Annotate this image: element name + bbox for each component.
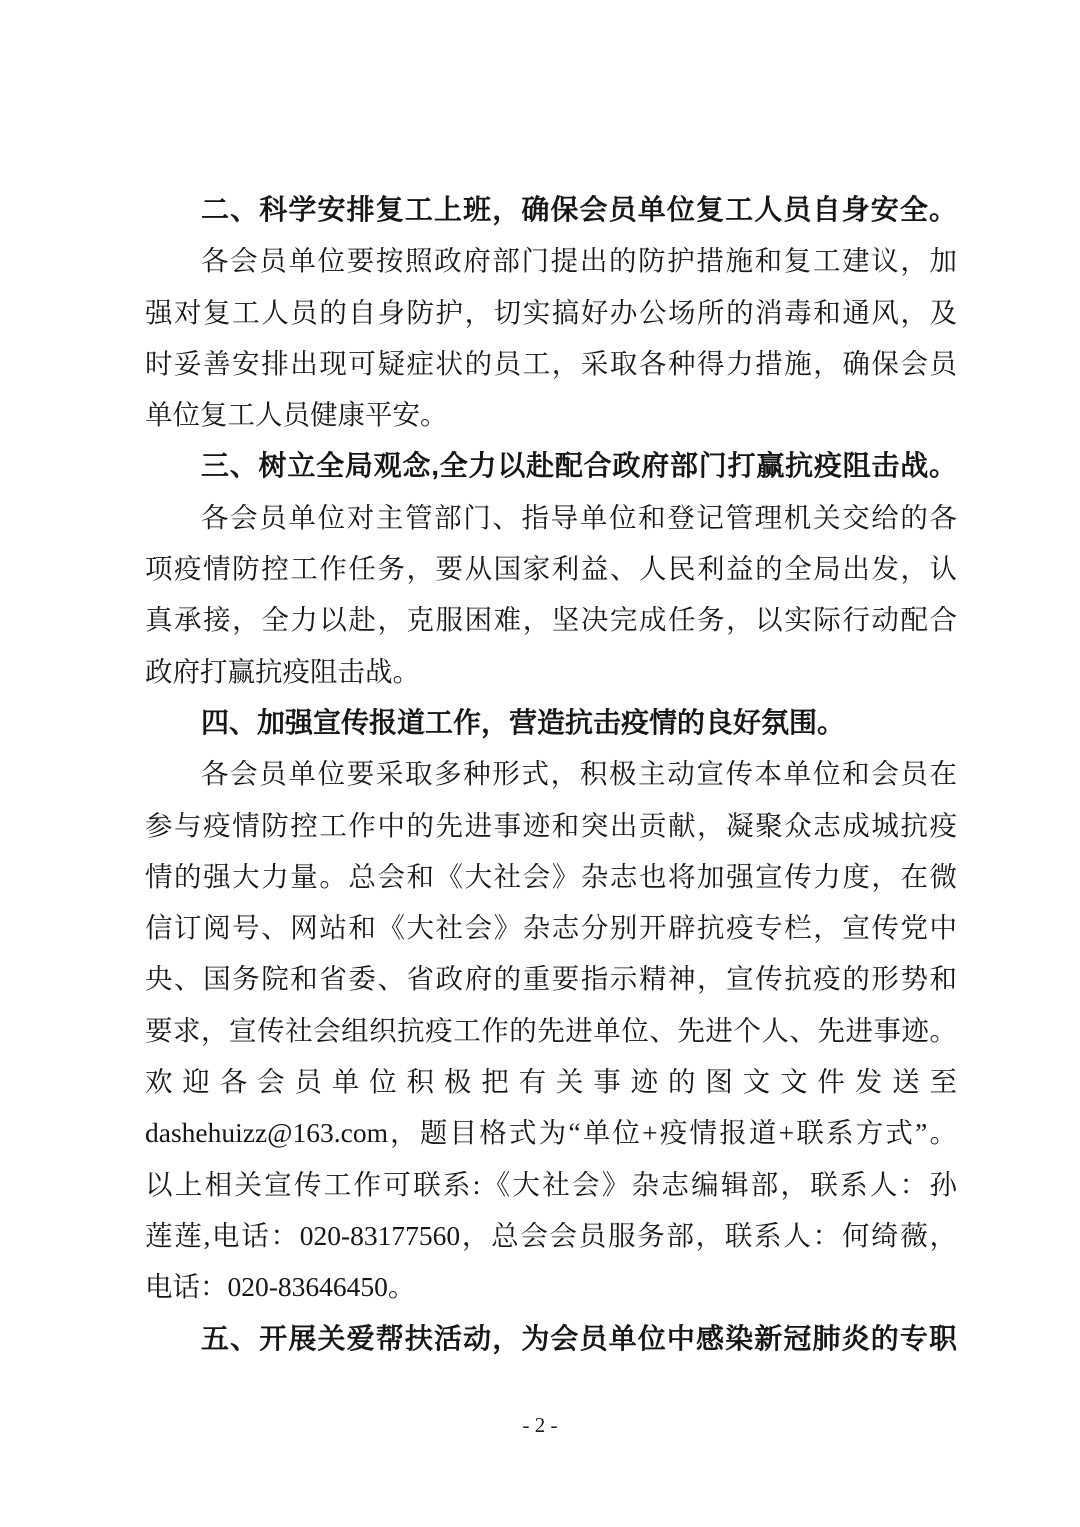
section-5-heading: 五、开展关爱帮扶活动，为会员单位中感染新冠肺炎的专职	[145, 1313, 957, 1364]
section-4-line-1: 各会员单位要采取多种形式，积极主动宣传本单位和会员在	[145, 748, 957, 799]
page-number: - 2 -	[0, 1412, 1080, 1438]
section-3-heading: 三、树立全局观念,全力以赴配合政府部门打赢抗疫阻击战。	[145, 440, 957, 491]
section-4-line-6: 要求，宣传社会组织抗疫工作的先进单位、先进个人、先进事迹。	[145, 1005, 957, 1056]
section-4-line-10: 莲莲,电话：020-83177560，总会会员服务部，联系人：何绮薇，	[145, 1210, 957, 1261]
section-4-line-5: 央、国务院和省委、省政府的重要指示精神，宣传抗疫的形势和	[145, 953, 957, 1004]
section-2-line-1: 各会员单位要按照政府部门提出的防护措施和复工建议，加	[145, 235, 957, 286]
section-4-line-8: dashehuizz@163.com，题目格式为“单位+疫情报道+联系方式”。	[145, 1107, 957, 1158]
section-4-line-4: 信订阅号、网站和《大社会》杂志分别开辟抗疫专栏，宣传党中	[145, 902, 957, 953]
section-3-line-2: 项疫情防控工作任务，要从国家利益、人民利益的全局出发，认	[145, 543, 957, 594]
section-3-line-4: 政府打赢抗疫阻击战。	[145, 646, 957, 697]
document-page: 二、科学安排复工上班，确保会员单位复工人员自身安全。 各会员单位要按照政府部门提…	[0, 0, 1080, 1527]
section-2-line-2: 强对复工人员的自身防护，切实搞好办公场所的消毒和通风，及	[145, 287, 957, 338]
section-2-line-4: 单位复工人员健康平安。	[145, 389, 957, 440]
section-3-line-3: 真承接，全力以赴，克服困难，坚决完成任务，以实际行动配合	[145, 594, 957, 645]
section-4-line-2: 参与疫情防控工作中的先进事迹和突出贡献，凝聚众志成城抗疫	[145, 800, 957, 851]
section-3-line-1: 各会员单位对主管部门、指导单位和登记管理机关交给的各	[145, 492, 957, 543]
section-4-line-3: 情的强大力量。总会和《大社会》杂志也将加强宣传力度，在微	[145, 851, 957, 902]
document-body: 二、科学安排复工上班，确保会员单位复工人员自身安全。 各会员单位要按照政府部门提…	[145, 184, 957, 1364]
section-2-line-3: 时妥善安排出现可疑症状的员工，采取各种得力措施，确保会员	[145, 338, 957, 389]
section-4-heading: 四、加强宣传报道工作，营造抗击疫情的良好氛围。	[145, 697, 957, 748]
section-4-line-9: 以上相关宣传工作可联系:《大社会》杂志编辑部，联系人：孙	[145, 1159, 957, 1210]
section-2-heading: 二、科学安排复工上班，确保会员单位复工人员自身安全。	[145, 184, 957, 235]
section-4-line-11: 电话：020-83646450。	[145, 1261, 957, 1312]
section-4-line-7: 欢迎各会员单位积极把有关事迹的图文文件发送至	[145, 1056, 957, 1107]
